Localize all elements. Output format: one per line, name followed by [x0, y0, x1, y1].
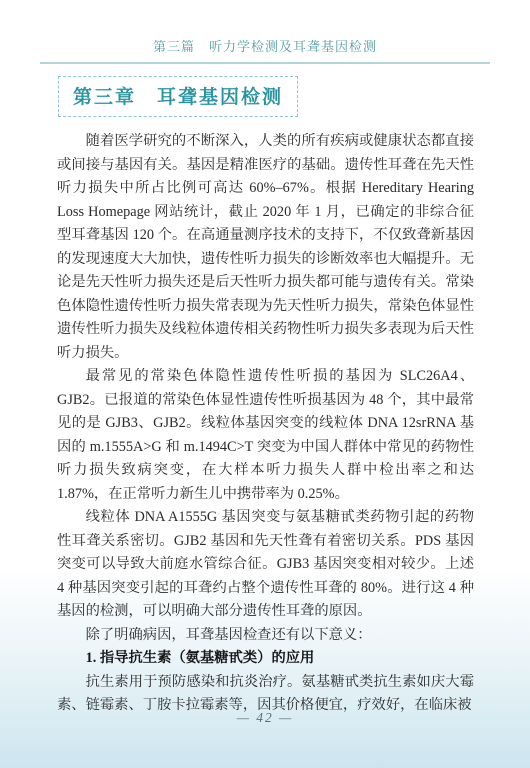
paragraph-4: 除了明确病因，耳聋基因检查还有以下意义： — [57, 624, 474, 648]
chapter-title-box: 第三章 耳聋基因检测 — [58, 76, 298, 117]
page-number: — 42 — — [0, 710, 530, 726]
page-body: 随着医学研究的不断深入，人类的所有疾病或健康状态都直接或间接与基因有关。基因是精… — [57, 130, 474, 718]
paragraph-1: 随着医学研究的不断深入，人类的所有疾病或健康状态都直接或间接与基因有关。基因是精… — [57, 130, 474, 365]
chapter-title: 第三章 耳聋基因检测 — [73, 87, 283, 108]
header-divider — [40, 62, 490, 64]
running-head: 第三篇 听力学检测及耳聋基因检测 — [0, 0, 530, 55]
book-page: 第三篇 听力学检测及耳聋基因检测 第三章 耳聋基因检测 随着医学研究的不断深入，… — [0, 0, 530, 768]
paragraph-3: 线粒体 DNA A1555G 基因突变与氨基糖甙类药物引起的药物性耳聋关系密切。… — [57, 506, 474, 624]
section-heading: 1. 指导抗生素（氨基糖甙类）的应用 — [57, 647, 474, 671]
paragraph-2: 最常见的常染色体隐性遗传性听损的基因为 SLC26A4、GJB2。已报道的常染色… — [57, 365, 474, 506]
